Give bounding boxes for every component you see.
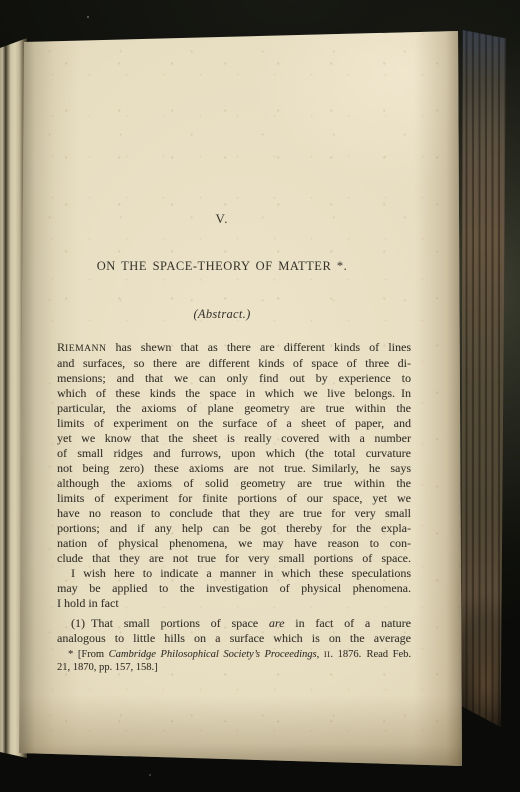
text-line: and surfaces, so there are different kin… [57, 356, 411, 371]
text-line: portions; and if any help can be got the… [57, 521, 411, 536]
section-number: V. [45, 211, 399, 227]
text-segment: I hold in fact [57, 596, 119, 610]
text-segment: portions; and if any help can be got the… [57, 521, 411, 535]
text-segment: 21, 1870, pp. 157, 158.] [57, 662, 158, 673]
text-segment: R [57, 340, 65, 354]
text-line: limits of experiment for finite portions… [57, 491, 411, 506]
body-text: RIEMANN has shewn that as there are diff… [57, 340, 411, 646]
text-line: I wish here to indicate a manner in whic… [57, 566, 411, 581]
text-line: of small ridges and furrows, upon which … [57, 446, 411, 461]
text-segment: . 1876. Read Feb. [330, 649, 411, 660]
text-segment: nation of physical phenomena, we may hav… [57, 536, 411, 550]
text-line: may be applied to the investigation of p… [57, 581, 411, 596]
text-segment: mensions; and that we can only find out … [57, 371, 411, 385]
text-line: clude that they are not true for very sm… [57, 551, 411, 566]
text-line: yet we know that the sheet is really cov… [57, 431, 411, 446]
text-segment: analogous to little hills on a surface w… [57, 631, 411, 645]
text-segment: are [269, 616, 285, 630]
text-segment: has shewn that as there are different ki… [106, 340, 411, 354]
text-line: not being zero) these axioms are not tru… [57, 461, 411, 476]
page-title: ON THE SPACE-THEORY OF MATTER *. [45, 259, 399, 274]
subtitle: (Abstract.) [45, 307, 399, 322]
text-segment: and surfaces, so there are different kin… [57, 356, 411, 370]
text-line: RIEMANN has shewn that as there are diff… [57, 340, 411, 356]
text-segment: in fact of a nature [284, 616, 411, 630]
text-segment: which of these kinds the space in which … [57, 386, 411, 400]
text-line: although the axioms of solid geometry ar… [57, 476, 411, 491]
text-segment: limits of experiment for finite portions… [57, 491, 411, 505]
text-segment: Cambridge Philosophical Society’s Procee… [109, 649, 317, 660]
text-line: I hold in fact [57, 596, 411, 611]
text-segment: not being zero) these axioms are not tru… [57, 461, 411, 475]
text-segment: I wish here to indicate a manner in whic… [71, 566, 411, 580]
text-line: which of these kinds the space in which … [57, 386, 411, 401]
text-segment: (1) That small portions of space [71, 616, 269, 630]
text-line: * [From Cambridge Philosophical Society’… [57, 648, 411, 661]
text-line: (1) That small portions of space are in … [57, 616, 411, 631]
text-line: analogous to little hills on a surface w… [57, 631, 411, 646]
text-segment: , [317, 649, 324, 660]
text-segment: of small ridges and furrows, upon which … [57, 446, 411, 460]
text-line: mensions; and that we can only find out … [57, 371, 411, 386]
text-segment: yet we know that the sheet is really cov… [57, 431, 411, 445]
text-line: particular, the axioms of plane geometry… [57, 401, 411, 416]
text-line: nation of physical phenomena, we may hav… [57, 536, 411, 551]
text-segment: particular, the axioms of plane geometry… [57, 401, 411, 415]
text-segment: limits of experiment on the surface of a… [57, 416, 411, 430]
text-segment: have no reason to conclude that they are… [57, 506, 411, 520]
text-segment: although the axioms of solid geometry ar… [57, 476, 411, 490]
footnote: * [From Cambridge Philosophical Society’… [57, 648, 411, 674]
text-segment: * [From [68, 649, 109, 660]
book-fore-edge [461, 30, 506, 734]
book-page: V. ON THE SPACE-THEORY OF MATTER *. (Abs… [0, 0, 520, 792]
text-line: limits of experiment on the surface of a… [57, 416, 411, 431]
text-segment: IEMANN [65, 343, 106, 354]
text-line: 21, 1870, pp. 157, 158.] [57, 661, 411, 674]
text-line: have no reason to conclude that they are… [57, 506, 411, 521]
scan-background: V. ON THE SPACE-THEORY OF MATTER *. (Abs… [0, 0, 520, 792]
text-segment: clude that they are not true for very sm… [57, 551, 411, 565]
text-segment: may be applied to the investigation of p… [57, 581, 411, 595]
